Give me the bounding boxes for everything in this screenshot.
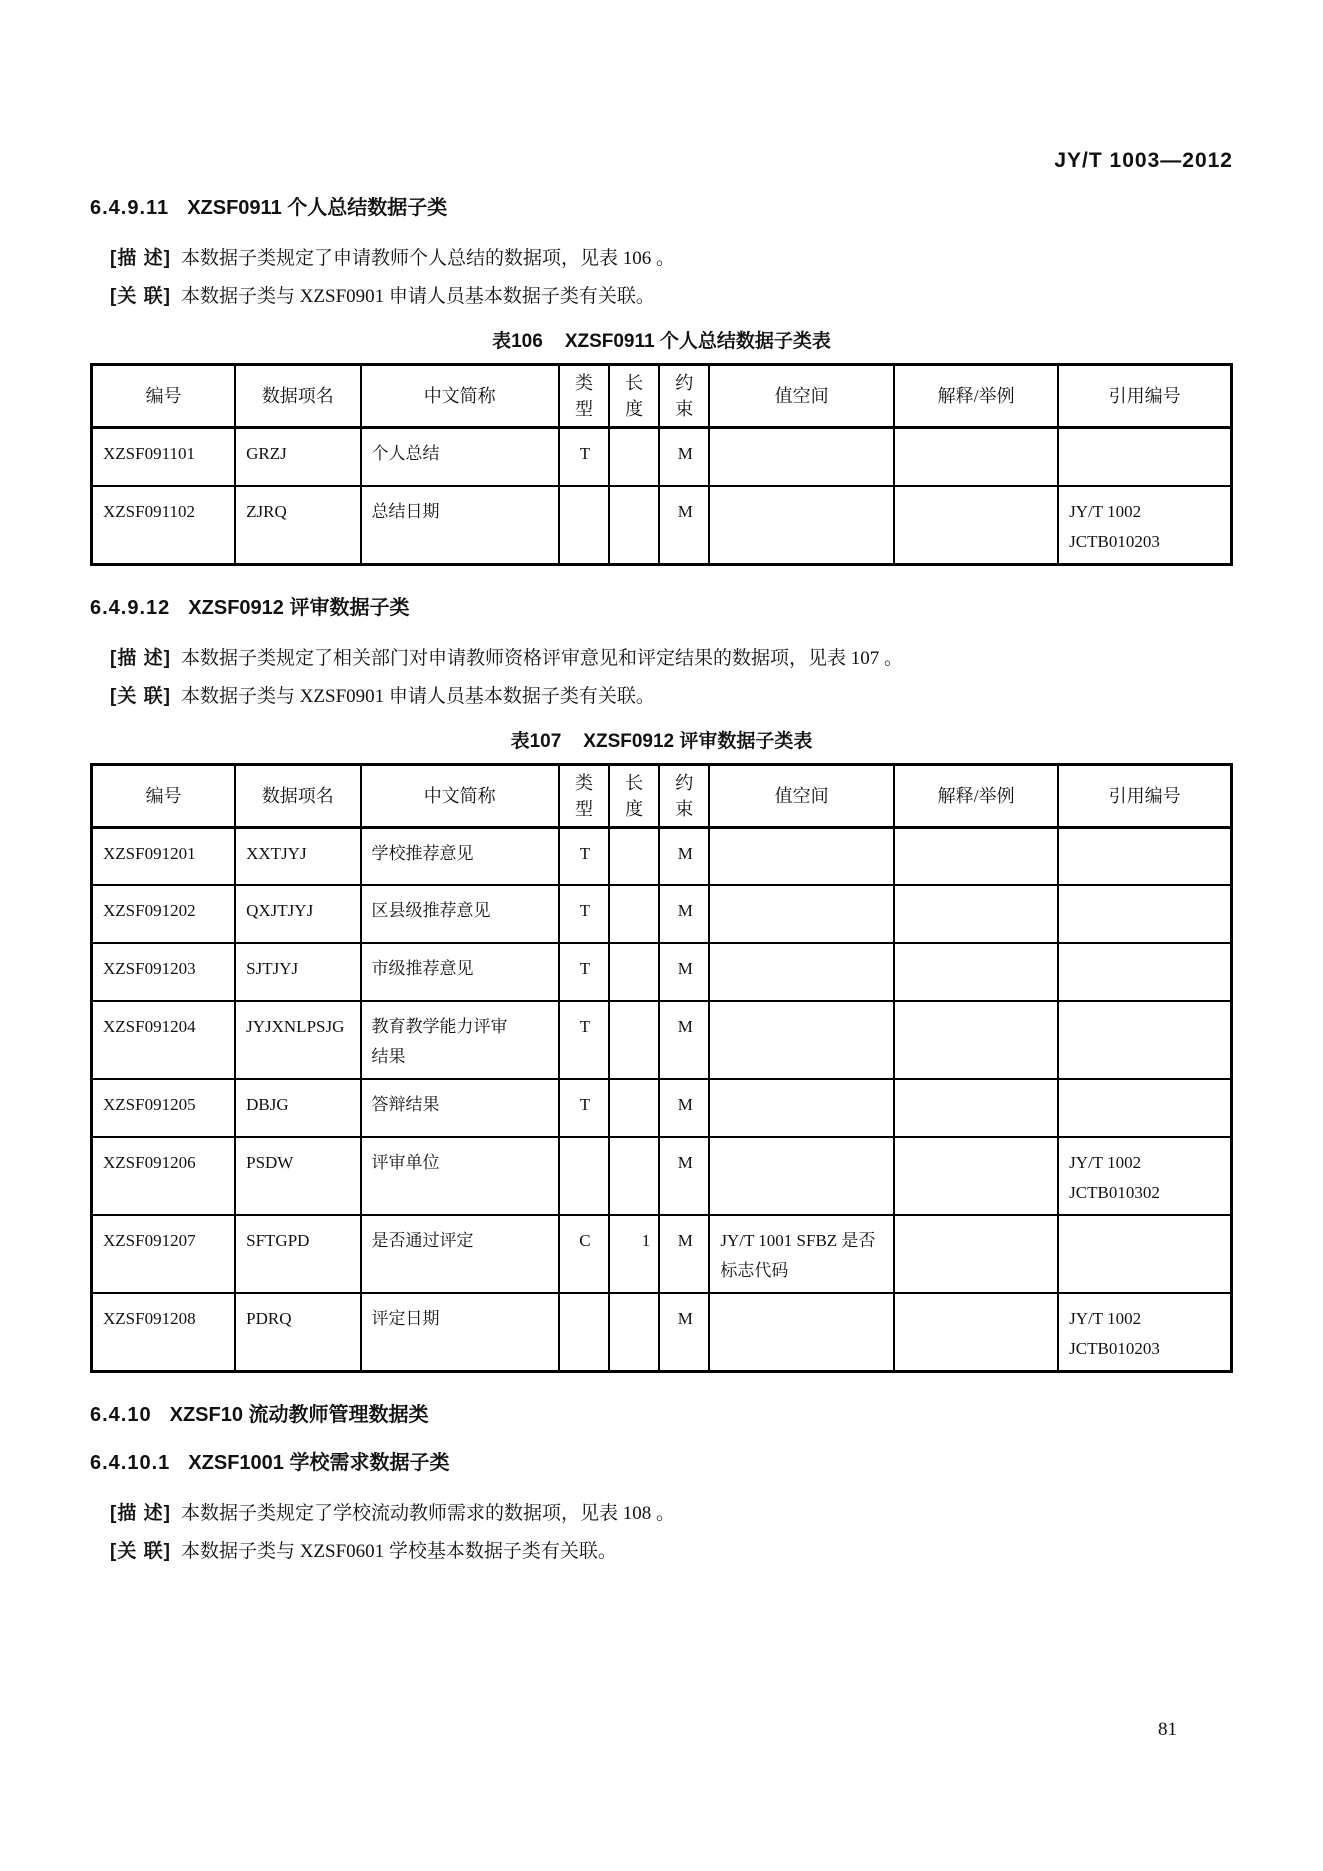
table-caption-number: 表107 [511,731,562,752]
cell-cn: 答辩结果 [361,1079,559,1137]
cell-type [559,486,609,565]
cell-valuespace [709,943,894,1001]
relation-text: 本数据子类与 XZSF0901 申请人员基本数据子类有关联。 [181,686,655,707]
desc-label: [描 述] [110,248,171,269]
cell-valuespace [709,1001,894,1079]
cell-ref: JY/T 1002 JCTB010203 [1058,486,1231,565]
desc-text: 本数据子类规定了相关部门对申请教师资格评审意见和评定结果的数据项，见表 107 … [181,648,903,669]
cell-cn: 是否通过评定 [361,1215,559,1293]
description-paragraph: [描 述]本数据子类规定了相关部门对申请教师资格评审意见和评定结果的数据项，见表… [90,642,1233,676]
cell-name: DBJG [235,1079,360,1137]
description-paragraph: [描 述]本数据子类规定了学校流动教师需求的数据项，见表 108 。 [90,1497,1233,1531]
relation-paragraph: [关 联]本数据子类与 XZSF0901 申请人员基本数据子类有关联。 [90,280,1233,314]
cell-cn: 教育教学能力评审 结果 [361,1001,559,1079]
cell-explain [894,885,1058,943]
column-header-cn: 中文简称 [361,764,559,827]
cell-id: XZSF091101 [92,428,236,486]
column-header-valuespace: 值空间 [709,764,894,827]
cell-explain [894,943,1058,1001]
cell-length [609,885,659,943]
cell-length [609,943,659,1001]
section-number: 6.4.10.1 [90,1452,170,1474]
table-row: XZSF091207 SFTGPD 是否通过评定 C 1 M JY/T 1001… [92,1215,1232,1293]
table-row: XZSF091205 DBJG 答辩结果 T M [92,1079,1232,1137]
column-header-name: 数据项名 [235,365,360,428]
cell-ref [1058,943,1231,1001]
table-106: 编号 数据项名 中文简称 类 型 长 度 约 束 值空间 解释/举例 引用编号 … [90,363,1233,566]
cell-explain [894,486,1058,565]
cell-type: C [559,1215,609,1293]
cell-type: T [559,1079,609,1137]
cell-type [559,1293,609,1372]
cell-length [609,1137,659,1215]
relation-label: [关 联] [110,1541,171,1562]
cell-valuespace [709,428,894,486]
cell-cn: 总结日期 [361,486,559,565]
column-header-id: 编号 [92,764,236,827]
table-header-row: 编号 数据项名 中文简称 类 型 长 度 约 束 值空间 解释/举例 引用编号 [92,764,1232,827]
desc-label: [描 述] [110,648,171,669]
page-number: 81 [1158,1718,1177,1742]
cell-constraint: M [659,1001,709,1079]
column-header-constraint: 约 束 [659,764,709,827]
cell-id: XZSF091204 [92,1001,236,1079]
cell-ref: JY/T 1002 JCTB010203 [1058,1293,1231,1372]
cell-explain [894,428,1058,486]
cell-constraint: M [659,1079,709,1137]
column-header-valuespace: 值空间 [709,365,894,428]
column-header-ref: 引用编号 [1058,365,1231,428]
cell-length [609,1293,659,1372]
cell-id: XZSF091206 [92,1137,236,1215]
cell-type [559,1137,609,1215]
section-number: 6.4.10 [90,1404,152,1426]
table-header-row: 编号 数据项名 中文简称 类 型 长 度 约 束 值空间 解释/举例 引用编号 [92,365,1232,428]
cell-constraint: M [659,486,709,565]
cell-name: GRZJ [235,428,360,486]
cell-length [609,1079,659,1137]
cell-name: SFTGPD [235,1215,360,1293]
cell-ref [1058,1001,1231,1079]
column-header-cn: 中文简称 [361,365,559,428]
table-row: XZSF091203 SJTJYJ 市级推荐意见 T M [92,943,1232,1001]
table-caption-number: 表106 [492,331,543,352]
cell-type: T [559,1001,609,1079]
table-row: XZSF091208 PDRQ 评定日期 M JY/T 1002 JCTB010… [92,1293,1232,1372]
cell-ref [1058,428,1231,486]
cell-valuespace: JY/T 1001 SFBZ 是否标志代码 [709,1215,894,1293]
table-106-caption: 表106XZSF0911 个人总结数据子类表 [90,328,1233,355]
cell-constraint: M [659,943,709,1001]
table-107-caption: 表107XZSF0912 评审数据子类表 [90,728,1233,755]
cell-valuespace [709,1137,894,1215]
column-header-length: 长 度 [609,365,659,428]
cell-id: XZSF091102 [92,486,236,565]
cell-explain [894,1215,1058,1293]
relation-label: [关 联] [110,286,171,307]
cell-constraint: M [659,885,709,943]
column-header-explain: 解释/举例 [894,764,1058,827]
cell-length [609,428,659,486]
cell-id: XZSF091205 [92,1079,236,1137]
table-row: XZSF091101 GRZJ 个人总结 T M [92,428,1232,486]
cell-valuespace [709,827,894,885]
section-heading-6-4-9-11: 6.4.9.11XZSF0911 个人总结数据子类 [90,194,1233,222]
cell-cn: 评审单位 [361,1137,559,1215]
relation-paragraph: [关 联]本数据子类与 XZSF0601 学校基本数据子类有关联。 [90,1535,1233,1569]
cell-type: T [559,943,609,1001]
cell-name: PSDW [235,1137,360,1215]
section-heading-6-4-9-12: 6.4.9.12XZSF0912 评审数据子类 [90,594,1233,622]
cell-constraint: M [659,1215,709,1293]
cell-ref [1058,885,1231,943]
cell-length [609,486,659,565]
relation-text: 本数据子类与 XZSF0901 申请人员基本数据子类有关联。 [181,286,655,307]
column-header-type: 类 型 [559,365,609,428]
column-header-id: 编号 [92,365,236,428]
column-header-name: 数据项名 [235,764,360,827]
cell-explain [894,1001,1058,1079]
cell-constraint: M [659,1137,709,1215]
cell-type: T [559,428,609,486]
cell-length: 1 [609,1215,659,1293]
cell-id: XZSF091201 [92,827,236,885]
cell-name: ZJRQ [235,486,360,565]
table-row: XZSF091206 PSDW 评审单位 M JY/T 1002 JCTB010… [92,1137,1232,1215]
table-row: XZSF091202 QXJTJYJ 区县级推荐意见 T M [92,885,1232,943]
cell-constraint: M [659,827,709,885]
cell-ref [1058,1079,1231,1137]
cell-explain [894,1079,1058,1137]
table-107: 编号 数据项名 中文简称 类 型 长 度 约 束 值空间 解释/举例 引用编号 … [90,763,1233,1374]
section-heading-6-4-10-1: 6.4.10.1XZSF1001 学校需求数据子类 [90,1449,1233,1477]
cell-cn: 市级推荐意见 [361,943,559,1001]
cell-constraint: M [659,1293,709,1372]
relation-text: 本数据子类与 XZSF0601 学校基本数据子类有关联。 [181,1541,617,1562]
cell-ref [1058,827,1231,885]
relation-label: [关 联] [110,686,171,707]
desc-text: 本数据子类规定了申请教师个人总结的数据项，见表 106 。 [181,248,675,269]
cell-id: XZSF091202 [92,885,236,943]
cell-name: PDRQ [235,1293,360,1372]
table-row: XZSF091204 JYJXNLPSJG 教育教学能力评审 结果 T M [92,1001,1232,1079]
section-title: XZSF10 流动教师管理数据类 [170,1404,429,1426]
cell-ref: JY/T 1002 JCTB010302 [1058,1137,1231,1215]
column-header-explain: 解释/举例 [894,365,1058,428]
cell-id: XZSF091203 [92,943,236,1001]
description-paragraph: [描 述]本数据子类规定了申请教师个人总结的数据项，见表 106 。 [90,242,1233,276]
cell-name: SJTJYJ [235,943,360,1001]
cell-explain [894,1137,1058,1215]
cell-cn: 评定日期 [361,1293,559,1372]
section-number: 6.4.9.12 [90,597,170,619]
cell-valuespace [709,885,894,943]
cell-constraint: M [659,428,709,486]
section-title: XZSF0912 评审数据子类 [188,597,409,619]
table-caption-title: XZSF0912 评审数据子类表 [583,731,812,752]
cell-id: XZSF091207 [92,1215,236,1293]
section-number: 6.4.9.11 [90,197,169,219]
cell-type: T [559,885,609,943]
cell-ref [1058,1215,1231,1293]
desc-text: 本数据子类规定了学校流动教师需求的数据项，见表 108 。 [181,1503,675,1524]
cell-valuespace [709,486,894,565]
cell-name: JYJXNLPSJG [235,1001,360,1079]
cell-explain [894,827,1058,885]
document-page: JY/T 1003—2012 6.4.9.11XZSF0911 个人总结数据子类… [0,0,1323,1871]
section-title: XZSF1001 学校需求数据子类 [188,1452,449,1474]
cell-type: T [559,827,609,885]
section-heading-6-4-10: 6.4.10XZSF10 流动教师管理数据类 [90,1401,1233,1429]
table-caption-title: XZSF0911 个人总结数据子类表 [565,331,831,352]
doc-code-header: JY/T 1003—2012 [90,148,1233,174]
cell-name: QXJTJYJ [235,885,360,943]
relation-paragraph: [关 联]本数据子类与 XZSF0901 申请人员基本数据子类有关联。 [90,680,1233,714]
cell-valuespace [709,1079,894,1137]
cell-id: XZSF091208 [92,1293,236,1372]
cell-valuespace [709,1293,894,1372]
table-row: XZSF091201 XXTJYJ 学校推荐意见 T M [92,827,1232,885]
column-header-length: 长 度 [609,764,659,827]
cell-explain [894,1293,1058,1372]
cell-cn: 个人总结 [361,428,559,486]
desc-label: [描 述] [110,1503,171,1524]
cell-name: XXTJYJ [235,827,360,885]
column-header-constraint: 约 束 [659,365,709,428]
table-row: XZSF091102 ZJRQ 总结日期 M JY/T 1002 JCTB010… [92,486,1232,565]
cell-cn: 区县级推荐意见 [361,885,559,943]
cell-length [609,1001,659,1079]
column-header-type: 类 型 [559,764,609,827]
cell-cn: 学校推荐意见 [361,827,559,885]
cell-length [609,827,659,885]
column-header-ref: 引用编号 [1058,764,1231,827]
section-title: XZSF0911 个人总结数据子类 [187,197,447,219]
